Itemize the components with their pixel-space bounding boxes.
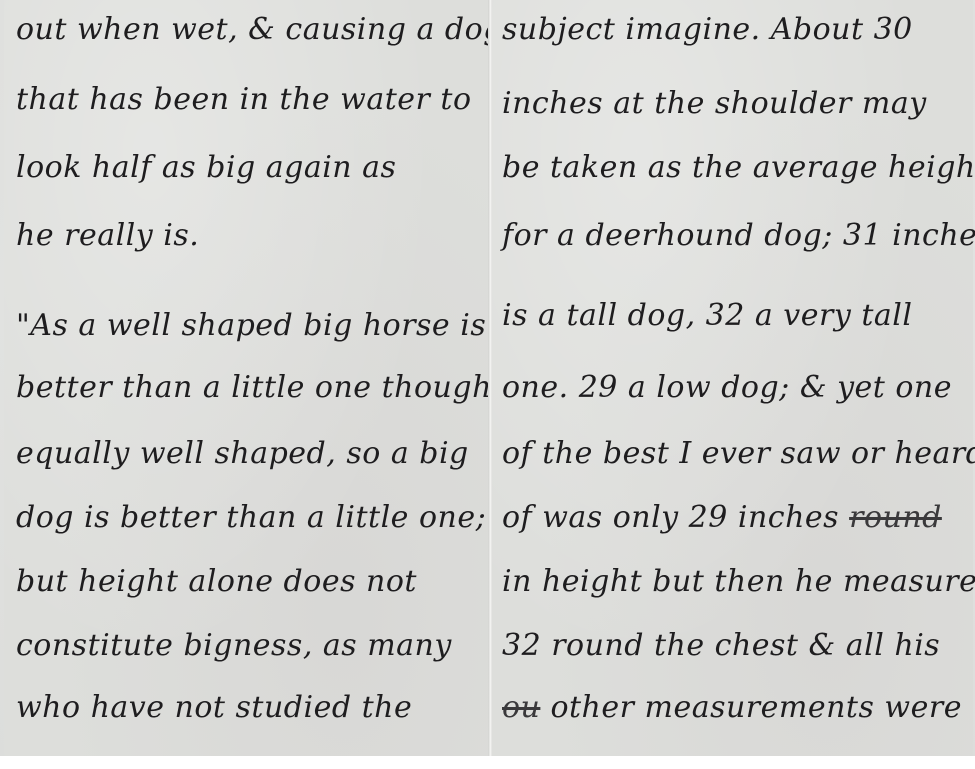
left-line-9: but height alone does not (16, 564, 417, 599)
right-line-1: subject imagine. About 30 (502, 12, 913, 47)
right-line-11-text: other measurements were (550, 690, 962, 725)
right-line-11: ou other measurements were (502, 690, 962, 725)
left-line-5: "As a well shaped big horse is (16, 308, 486, 343)
left-line-3: look half as big again as (16, 150, 396, 185)
left-line-1: out when wet, & causing a dog (16, 12, 503, 47)
left-page: out when wet, & causing a dog that has b… (4, 0, 490, 760)
right-line-9: in height but then he measured (502, 564, 975, 599)
right-line-2: inches at the shoulder may (502, 86, 927, 121)
left-line-8: dog is better than a little one; (16, 500, 486, 535)
right-line-8-text: of was only 29 inches (502, 500, 839, 535)
struck-word: ou (502, 690, 540, 725)
right-line-8: of was only 29 inches round (502, 500, 942, 535)
left-line-6: better than a little one though (16, 370, 492, 405)
left-line-2: that has been in the water to (16, 82, 472, 117)
left-line-10: constitute bigness, as many (16, 628, 452, 663)
right-line-6: one. 29 a low dog; & yet one (502, 370, 952, 405)
right-line-10: 32 round the chest & all his (502, 628, 940, 663)
left-line-11: who have not studied the (16, 690, 412, 725)
right-line-4: for a deerhound dog; 31 inches (502, 218, 975, 253)
scan-bottom-margin (0, 756, 975, 769)
right-page: subject imagine. About 30 inches at the … (492, 0, 973, 760)
right-line-5: is a tall dog, 32 a very tall (502, 298, 912, 333)
struck-word: round (849, 500, 942, 535)
letter-sheet: out when wet, & causing a dog that has b… (0, 0, 975, 769)
left-line-7: equally well shaped, so a big (16, 436, 469, 471)
right-line-3: be taken as the average height (502, 150, 975, 185)
right-line-7: of the best I ever saw or heard (502, 436, 975, 471)
left-line-4: he really is. (16, 218, 199, 253)
